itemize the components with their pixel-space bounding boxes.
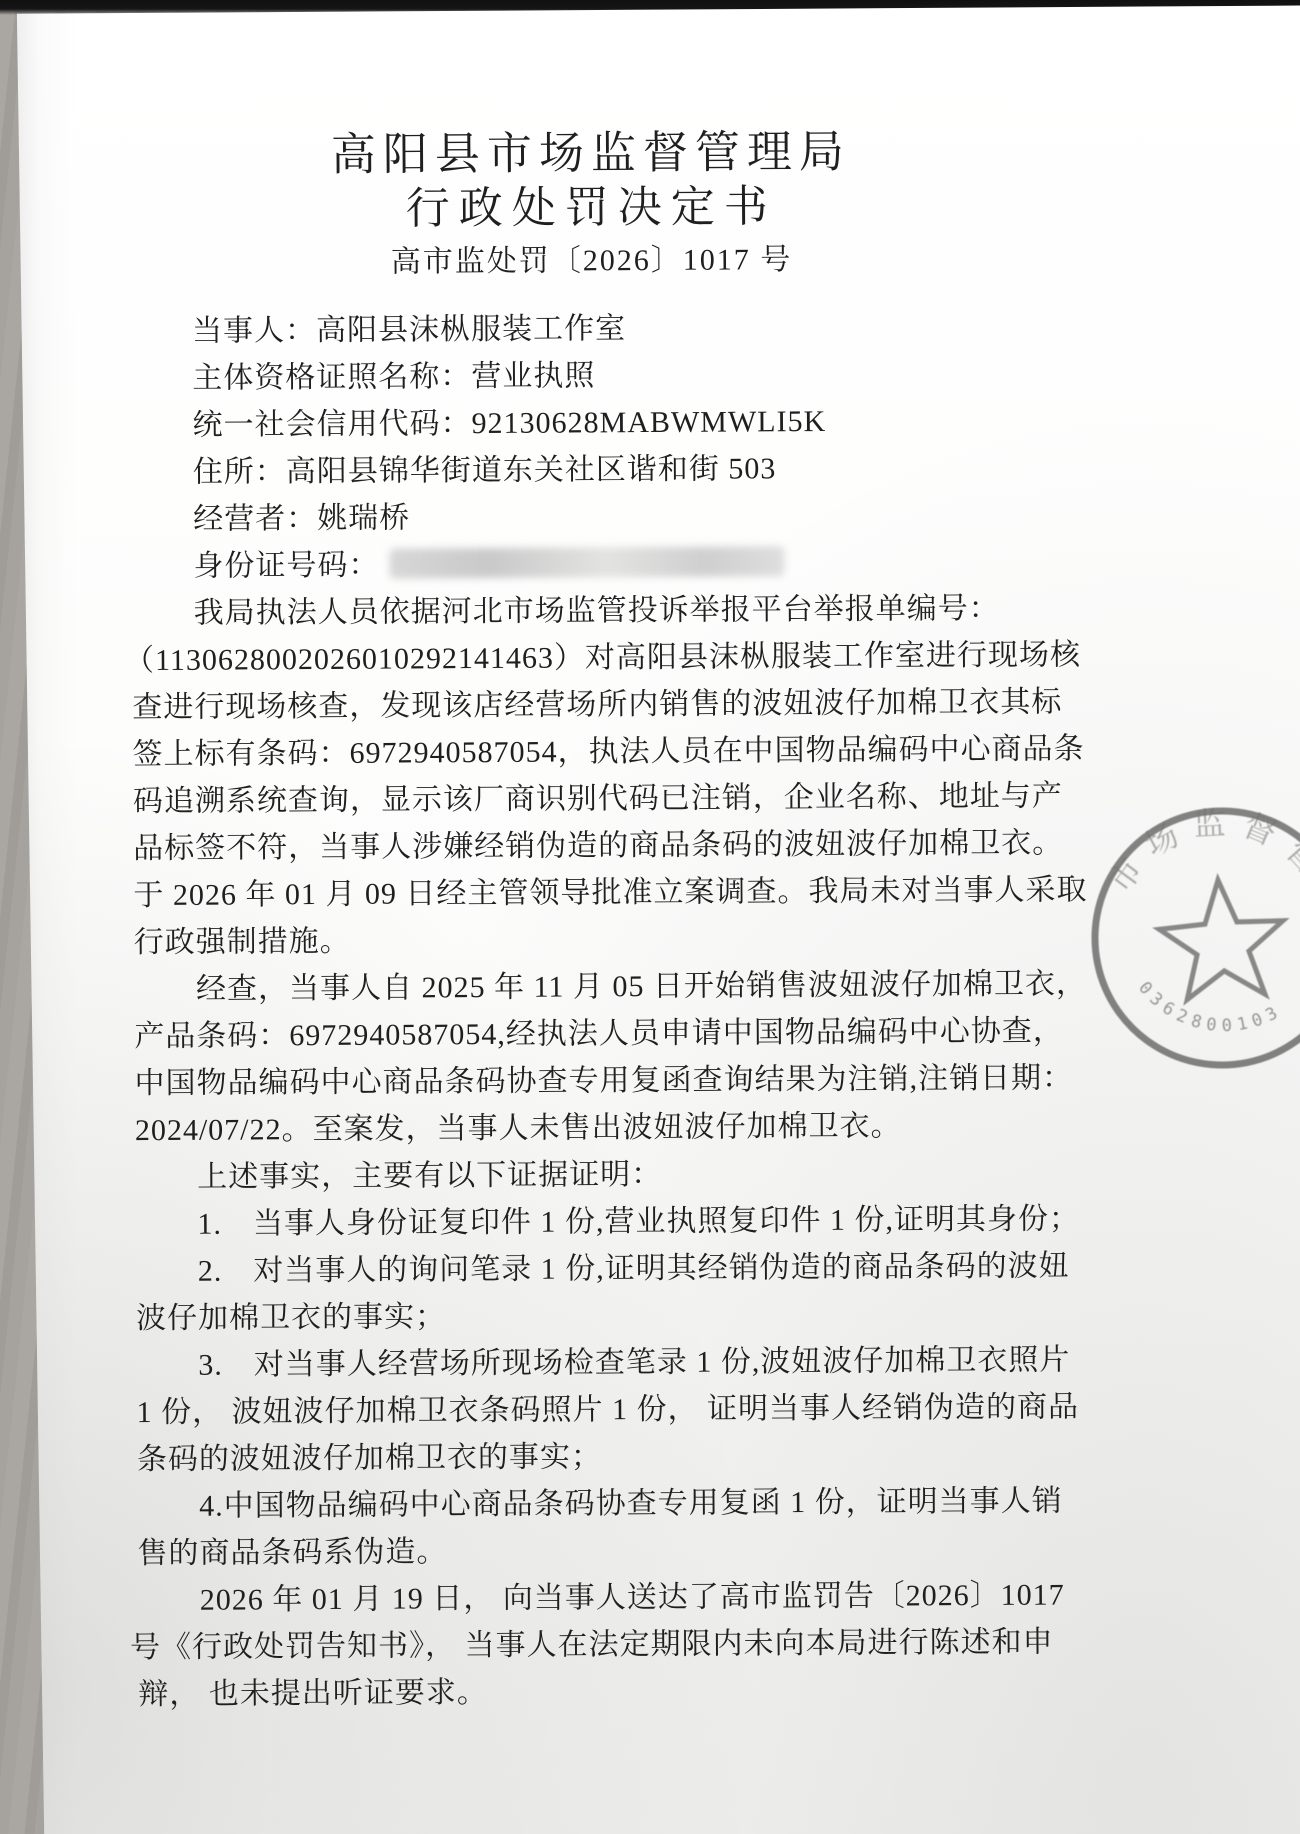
photo-background: 高阳县市场监督管理局 行政处罚决定书 高市监处罚〔2026〕1017 号 当事人… bbox=[0, 0, 1300, 1834]
document-text-line: 3. 对当事人经营场所现场检查笔录 1 份,波妞波仔加棉卫衣照片 bbox=[136, 1335, 1250, 1389]
seal-star-icon bbox=[1156, 876, 1288, 1001]
document-text-line: （1130628002026010292141463）对高阳县沫枞服装工作室进行… bbox=[132, 630, 1246, 684]
official-seal-stamp: 市场监督管理 0362800103 bbox=[1072, 788, 1300, 1088]
document-text-line: 当事人：高阳县沫枞服装工作室 bbox=[130, 301, 1244, 355]
redacted-id-number bbox=[389, 546, 784, 578]
document-text-line: 统一社会信用代码：92130628MABWMWLI5K bbox=[130, 395, 1244, 449]
document-text-line: 查进行现场核查，发现该店经营场所内销售的波妞波仔加棉卫衣其标 bbox=[132, 677, 1246, 731]
document-text-line: 2024/07/22。至案发，当事人未售出波妞波仔加棉卫衣。 bbox=[135, 1100, 1249, 1154]
document-text-line: 上述事实，主要有以下证据证明： bbox=[135, 1147, 1249, 1201]
svg-text:0362800103: 0362800103 bbox=[1129, 976, 1289, 1048]
document-text-line: 经营者：姚瑞桥 bbox=[131, 489, 1245, 543]
agency-title: 高阳县市场监督管理局 bbox=[129, 121, 1243, 184]
document-text-line: 签上标有条码：6972940587054，执法人员在中国物品编码中心商品条 bbox=[132, 724, 1246, 778]
seal-arc-digits: 0362800103 bbox=[1129, 976, 1289, 1048]
document-number: 高市监处罚〔2026〕1017 号 bbox=[129, 235, 1243, 286]
svg-text:市场监督管理: 市场监督管理 bbox=[1099, 788, 1300, 938]
document-text-line: 号《行政处罚告知书》， 当事人在法定期限内未向本局进行陈述和申 bbox=[138, 1617, 1252, 1671]
document-type-title: 行政处罚决定书 bbox=[129, 177, 1243, 238]
document-text-line: 辩， 也未提出听证要求。 bbox=[138, 1664, 1252, 1718]
document-text-line: 条码的波妞波仔加棉卫衣的事实； bbox=[137, 1429, 1251, 1483]
document-text-line: 2. 对当事人的询问笔录 1 份,证明其经销伪造的商品条码的波妞 bbox=[136, 1241, 1250, 1295]
document-text-line: 我局执法人员依据河北市场监管投诉举报平台举报单编号： bbox=[132, 583, 1246, 637]
document-text-line: 4.中国物品编码中心商品条码协查专用复函 1 份，证明当事人销 bbox=[137, 1476, 1251, 1530]
document-text-line: 2026 年 01 月 19 日， 向当事人送达了高市监罚告〔2026〕1017 bbox=[138, 1570, 1252, 1624]
document-text-line: 波仔加棉卫衣的事实； bbox=[136, 1288, 1250, 1342]
document-text-line: 售的商品条码系伪造。 bbox=[137, 1523, 1251, 1577]
document-text-line: 主体资格证照名称：营业执照 bbox=[130, 348, 1244, 402]
document-text-line: 1 份， 波妞波仔加棉卫衣条码照片 1 份， 证明当事人经销伪造的商品 bbox=[136, 1382, 1250, 1436]
document-text-line: 住所：高阳县锦华街道东关社区谐和街 503 bbox=[131, 442, 1245, 496]
document-text-line: 1. 当事人身份证复印件 1 份,营业执照复印件 1 份,证明其身份； bbox=[135, 1194, 1249, 1248]
seal-rim-text: 市场监督管理 bbox=[1099, 788, 1300, 938]
document-text-line: 身份证号码： bbox=[131, 536, 1245, 590]
